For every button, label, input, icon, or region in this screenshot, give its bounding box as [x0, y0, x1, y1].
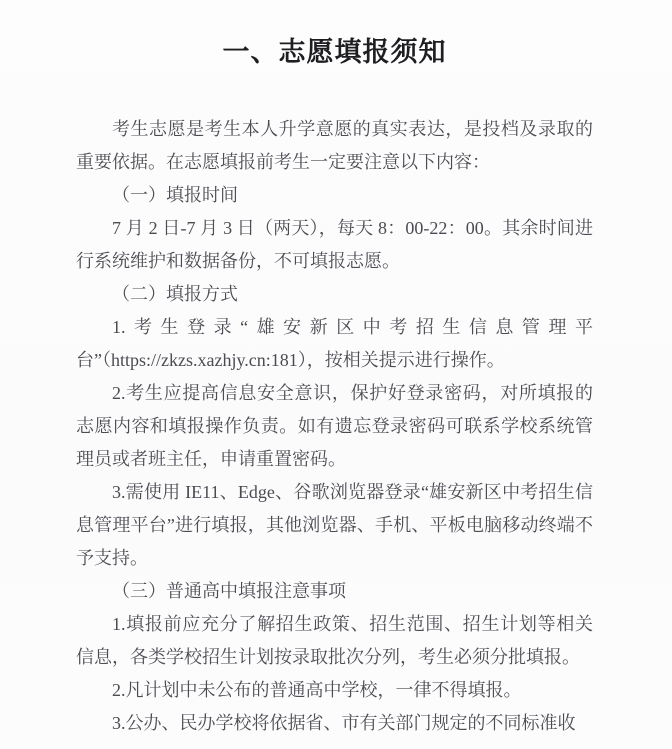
body-paragraph: 1.考生登录“雄安新区中考招生信息管理平台”（https://zkzs.xazh…: [76, 311, 593, 377]
page-title: 一、志愿填报须知: [76, 30, 593, 69]
body-paragraph: 2.凡计划中未公布的普通高中学校，一律不得填报。: [76, 674, 593, 707]
body-paragraph: 3.公办、民办学校将依据省、市有关部门规定的不同标准收: [76, 707, 593, 740]
section-heading: （一）填报时间: [76, 179, 593, 212]
body-paragraph: 2.考生应提高信息安全意识，保护好登录密码，对所填报的志愿内容和填报操作负责。如…: [76, 377, 593, 476]
body-paragraph: 1.填报前应充分了解招生政策、招生范围、招生计划等相关信息，各类学校招生计划按录…: [76, 608, 593, 674]
body-paragraph: 3.需使用 IE11、Edge、谷歌浏览器登录“雄安新区中考招生信息管理平台”进…: [76, 476, 593, 575]
document-body: 考生志愿是考生本人升学意愿的真实表达，是投档及录取的重要依据。在志愿填报前考生一…: [76, 113, 593, 740]
section-heading: （三）普通高中填报注意事项: [76, 575, 593, 608]
section-heading: （二）填报方式: [76, 278, 593, 311]
body-paragraph: 7 月 2 日-7 月 3 日（两天），每天 8：00-22：00。其余时间进行…: [76, 212, 593, 278]
document-page: 一、志愿填报须知 考生志愿是考生本人升学意愿的真实表达，是投档及录取的重要依据。…: [0, 0, 672, 749]
body-paragraph: 考生志愿是考生本人升学意愿的真实表达，是投档及录取的重要依据。在志愿填报前考生一…: [76, 113, 593, 179]
